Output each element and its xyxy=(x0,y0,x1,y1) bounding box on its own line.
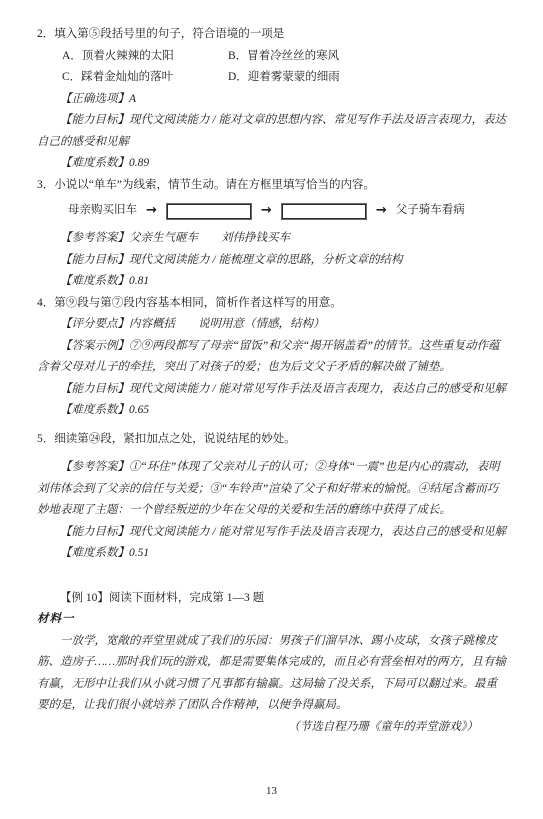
document-page: 2．填入第⑤段括号里的句子，符合语境的一项是 A．顶着火辣辣的太阳 B．冒着冷丝… xyxy=(0,0,543,819)
question-3-reference-answer: 【参考答案】父亲生气砸车 刘伟挣钱买车 xyxy=(37,228,506,250)
question-2-ability-goal: 【能力目标】现代文阅读能力 / 能对文章的思想内容、常见写作手法及语言表现力，表… xyxy=(37,110,506,153)
question-5-ability-goal: 【能力目标】现代文阅读能力 / 能对常见写作手法及语言表现力，表达自己的感受和见… xyxy=(37,522,506,544)
material-1-source: （节选自程乃珊《童年的弄堂游戏》） xyxy=(37,717,506,739)
question-4-scoring-points: 【评分要点】内容概括 说明用意（情感，结构） xyxy=(37,314,506,336)
arrow-right-icon: → xyxy=(146,200,157,222)
question-3-ability-goal: 【能力目标】现代文阅读能力 / 能梳理文章的思路，分析文章的结构 xyxy=(37,250,506,272)
question-4-difficulty: 【难度系数】0.65 xyxy=(37,400,506,422)
question-5-title: 5．细读第㉔段，紧扣加点之处，说说结尾的妙处。 xyxy=(37,429,506,451)
question-2-option-a: A．顶着火辣辣的太阳 xyxy=(62,46,228,68)
question-4-ability-goal: 【能力目标】现代文阅读能力 / 能对常见写作手法及语言表现力，表达自己的感受和见… xyxy=(37,379,506,401)
question-2-difficulty: 【难度系数】0.89 xyxy=(37,153,506,175)
question-2-option-b: B．冒着冷丝丝的寒风 xyxy=(228,46,339,68)
example-10: 【例 10】阅读下面材料，完成第 1—3 题 材料一 一放学，宽敞的弄堂里就成了… xyxy=(37,588,506,739)
question-3-flowchart: 母亲购买旧车 → → → 父子骑车看病 xyxy=(37,197,506,225)
material-1-label: 材料一 xyxy=(37,609,506,631)
question-5: 5．细读第㉔段，紧扣加点之处，说说结尾的妙处。 【参考答案】①“环住”体现了父亲… xyxy=(37,429,506,565)
question-3-title: 3．小说以“单车”为线索，情节生动。请在方框里填写恰当的内容。 xyxy=(37,175,506,197)
question-2: 2．填入第⑤段括号里的句子，符合语境的一项是 A．顶着火辣辣的太阳 B．冒着冷丝… xyxy=(37,24,506,175)
question-2-option-d: D．迎着雾蒙蒙的细雨 xyxy=(228,67,340,89)
question-4: 4．第⑨段与第⑦段内容基本相同，简析作者这样写的用意。 【评分要点】内容概括 说… xyxy=(37,293,506,422)
question-3-difficulty: 【难度系数】0.81 xyxy=(37,271,506,293)
arrow-right-icon: → xyxy=(376,200,387,222)
flow-blank-box-2 xyxy=(281,203,367,220)
material-1-paragraph: 一放学，宽敞的弄堂里就成了我们的乐园：男孩子们溜旱冰、踢小皮球，女孩子跳橡皮筋、… xyxy=(37,631,506,717)
flow-start-label: 母亲购买旧车 xyxy=(68,200,137,222)
question-4-sample-answer: 【答案示例】⑦⑨两段都写了母亲“留饭”和父亲“揭开锅盖看”的情节。这些重复动作蕴… xyxy=(37,336,506,379)
question-2-correct-choice: 【正确选项】A xyxy=(37,89,506,111)
page-content: 2．填入第⑤段括号里的句子，符合语境的一项是 A．顶着火辣辣的太阳 B．冒着冷丝… xyxy=(0,0,543,738)
page-number: 13 xyxy=(0,781,543,803)
question-5-reference-answer: 【参考答案】①“环住”体现了父亲对儿子的认可；②身体“一震”也是内心的震动，表明… xyxy=(37,457,506,522)
flow-end-label: 父子骑车看病 xyxy=(396,200,465,222)
question-5-difficulty: 【难度系数】0.51 xyxy=(37,543,506,565)
flow-blank-box-1 xyxy=(166,203,252,220)
question-2-options-row-2: C．踩着金灿灿的落叶 D．迎着雾蒙蒙的细雨 xyxy=(37,67,506,89)
question-2-option-c: C．踩着金灿灿的落叶 xyxy=(62,67,228,89)
question-3: 3．小说以“单车”为线索，情节生动。请在方框里填写恰当的内容。 母亲购买旧车 →… xyxy=(37,175,506,293)
question-2-options-row-1: A．顶着火辣辣的太阳 B．冒着冷丝丝的寒风 xyxy=(37,46,506,68)
example-10-heading: 【例 10】阅读下面材料，完成第 1—3 题 xyxy=(37,588,506,610)
arrow-right-icon: → xyxy=(261,200,272,222)
question-2-title: 2．填入第⑤段括号里的句子，符合语境的一项是 xyxy=(37,24,506,46)
question-4-title: 4．第⑨段与第⑦段内容基本相同，简析作者这样写的用意。 xyxy=(37,293,506,315)
